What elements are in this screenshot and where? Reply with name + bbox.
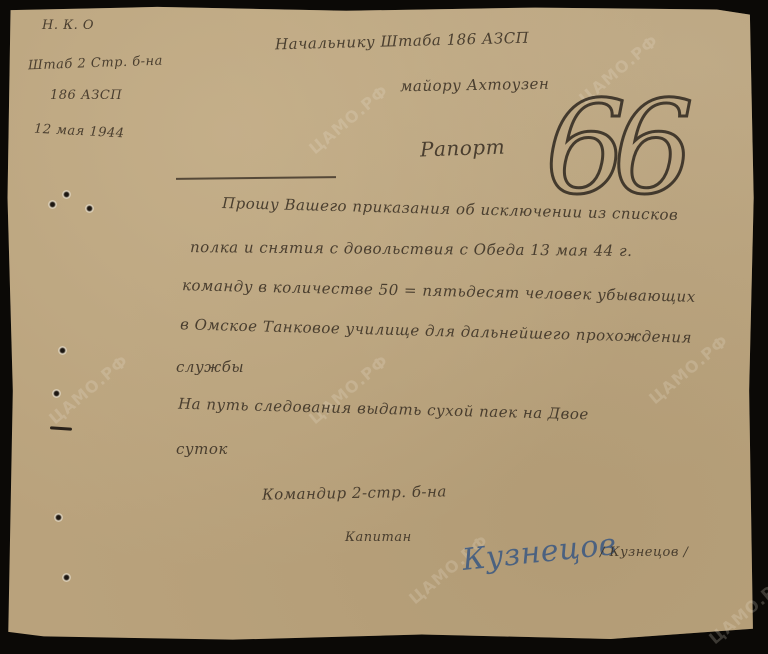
- body-line-7: суток: [176, 440, 228, 458]
- punch-hole: [58, 346, 67, 355]
- punch-hole: [52, 389, 61, 398]
- body-line-5: службы: [176, 358, 244, 376]
- header-org: Н. К. О: [42, 18, 94, 33]
- header-regiment: 186 АЗСП: [50, 88, 122, 103]
- document-title: Рапорт: [420, 135, 506, 162]
- signer-name: / Кузнецов /: [600, 545, 688, 560]
- punch-hole: [62, 190, 71, 199]
- punch-hole: [62, 573, 71, 582]
- addressee-line-2: майору Ахтоузен: [400, 75, 550, 96]
- signer-position: Командир 2-стр. б-на: [262, 482, 447, 503]
- punch-hole: [85, 204, 94, 213]
- punch-hole: [54, 513, 63, 522]
- registration-number: 66: [545, 85, 680, 213]
- body-line-2: полка и снятия с довольствия с Обеда 13 …: [190, 238, 633, 260]
- punch-hole: [48, 200, 57, 209]
- signer-rank: Капитан: [345, 530, 412, 545]
